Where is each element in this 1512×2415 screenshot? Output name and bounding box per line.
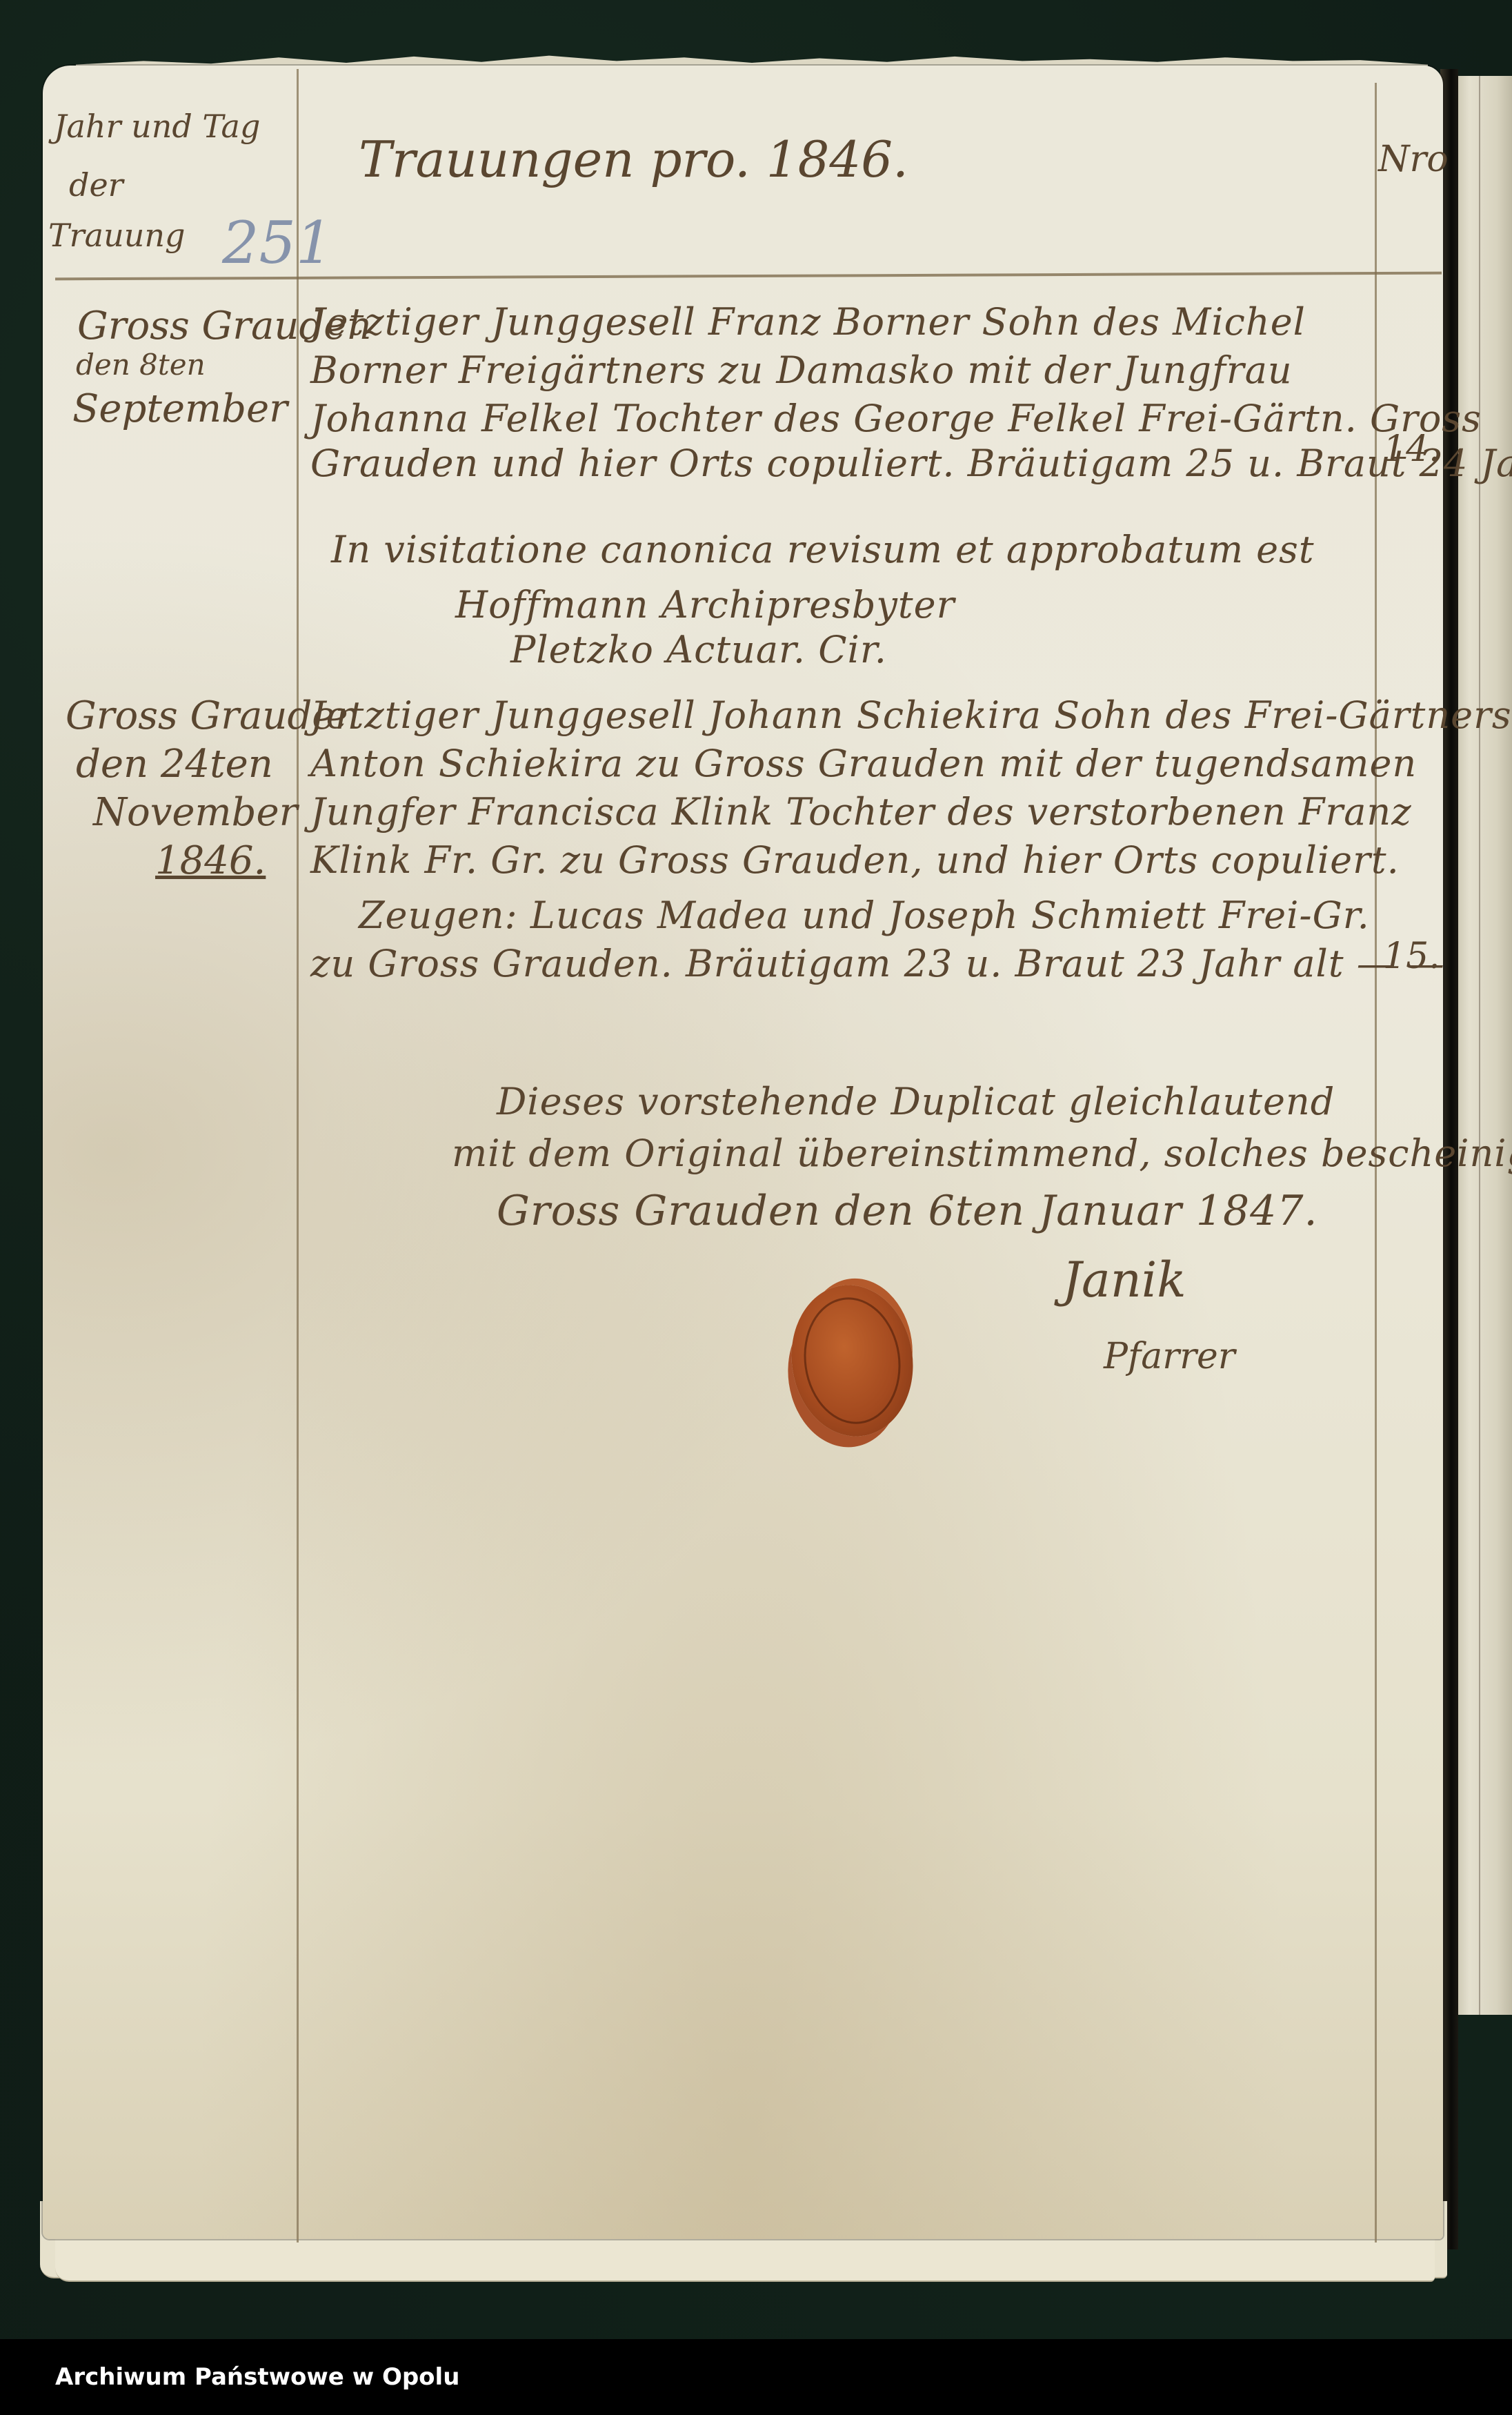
date-column-header-2: der [69,169,123,201]
next-page-edge [1457,76,1512,2015]
entry-1-line-2: Borner Freigärtners zu Damasko mit der J… [310,352,1293,389]
entry-1-line-3: Johanna Felkel Tochter des George Felkel… [310,400,1482,437]
certification-line-1: Dieses vorstehende Duplicat gleichlauten… [497,1083,1335,1121]
entry-2-line-4: Klink Fr. Gr. zu Gross Grauden, und hier… [310,842,1400,879]
visitation-line-2: Hoffmann Archipresbyter [455,586,955,624]
entry-2-month: November [93,793,297,832]
entry-2-line-3: Jungfer Francisca Klink Tochter des vers… [310,793,1412,831]
page-title: Trauungen pro. 1846. [359,135,908,184]
entry-2-line-1: Jetztiger Junggesell Johann Schiekira So… [310,697,1512,734]
signature-title: Pfarrer [1104,1339,1235,1374]
entry-2-line-6: zu Gross Grauden. Bräutigam 23 u. Braut … [310,945,1445,983]
folio-pencil-number: 251 [222,214,332,272]
entry-1-line-1: Jetztiger Junggesell Franz Borner Sohn d… [310,304,1306,341]
certification-line-2: mit dem Original übereinstimmend, solche… [452,1135,1512,1172]
entry-1-number: 14. [1383,431,1440,467]
next-page-rule [1479,76,1480,2015]
date-column-header-1: Jahr und Tag [54,110,260,142]
number-column-header: Nro [1378,141,1449,177]
entry-1-month: September [72,390,288,428]
entry-1-line-4: Grauden und hier Orts copuliert. Bräutig… [310,445,1512,482]
entry-2-line-5: Zeugen: Lucas Madea und Joseph Schmiett … [359,897,1370,934]
visitation-line-3: Pletzko Actuar. Cir. [510,631,887,669]
certification-line-3: Gross Grauden den 6ten Januar 1847. [497,1190,1318,1232]
visitation-line-1: In visitatione canonica revisum et appro… [331,531,1315,569]
date-column-header-3: Trauung [48,219,185,251]
entry-2-number: 15. [1383,938,1440,974]
archive-caption: Archiwum Państwowe w Opolu [55,2363,459,2391]
entry-2-day: den 24ten [76,745,273,784]
entry-2-line-2: Anton Schiekira zu Gross Grauden mit der… [310,745,1417,782]
signature-name: Janik [1062,1256,1186,1304]
entry-1-day: den 8ten [76,351,206,379]
date-column-rule [297,69,299,2242]
entry-2-year: 1846. [155,842,266,880]
